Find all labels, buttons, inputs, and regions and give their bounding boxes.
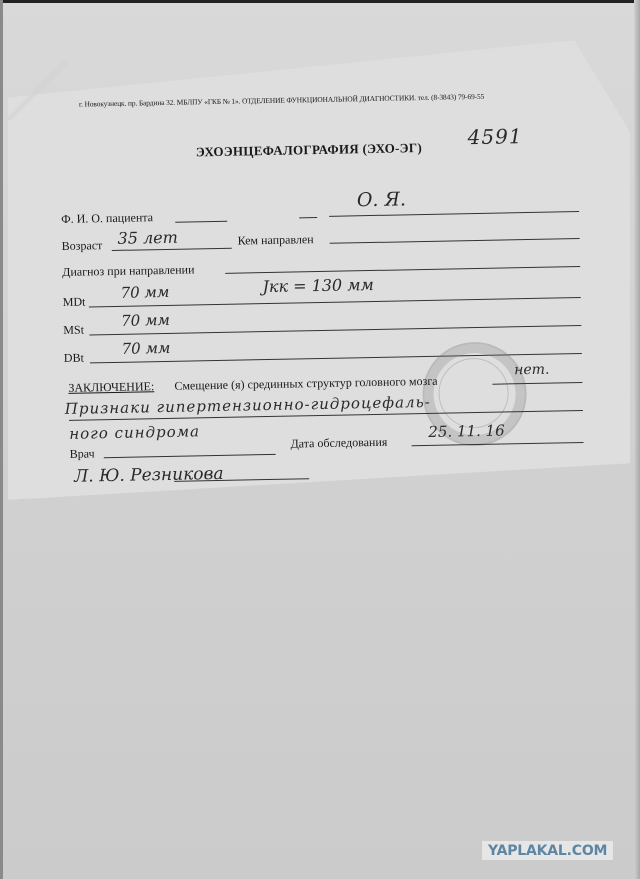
date-underline xyxy=(412,442,584,446)
patient-underline-1 xyxy=(175,221,227,223)
age-label: Возраст xyxy=(62,238,103,254)
official-stamp-inner xyxy=(438,357,509,428)
patient-label: Ф. И. О. пациента xyxy=(61,210,153,227)
dbt-value: 70 мм xyxy=(121,339,170,358)
age-underline xyxy=(112,248,232,251)
referred-by-label: Кем направлен xyxy=(237,232,313,248)
patient-value: О. Я. xyxy=(357,188,406,211)
conclusion-line3: ного синдрома xyxy=(69,422,200,443)
diagnosis-underline xyxy=(225,266,580,274)
mst-label: MSt xyxy=(63,323,84,338)
document-form: г. Новокузнецк. пр. Бардина 32. МБЛПУ «Г… xyxy=(0,0,640,506)
registration-number: 4591 xyxy=(467,124,522,149)
patient-underline-2 xyxy=(329,211,579,217)
site-watermark: YAPLAKAL.COM xyxy=(482,841,613,860)
institution-header: г. Новокузнецк. пр. Бардина 32. МБЛПУ «Г… xyxy=(79,90,559,108)
mdt-value: 70 мм xyxy=(120,283,169,302)
conclusion-value: нет. xyxy=(514,362,550,379)
patient-underline-dash xyxy=(299,217,317,218)
date-label: Дата обследования xyxy=(290,435,387,452)
mst-value: 70 мм xyxy=(121,311,170,330)
doctor-signature: Л. Ю. Резникова xyxy=(74,464,224,487)
conclusion-label: ЗАКЛЮЧЕНИЕ: xyxy=(68,379,154,396)
conclusion-text: Смещение (я) срединных структур головног… xyxy=(174,374,437,394)
dbt-label: DBt xyxy=(64,351,84,366)
mdt-label: MDt xyxy=(63,295,86,310)
mdt-extra: Jкк = 130 мм xyxy=(262,275,374,296)
referred-by-underline xyxy=(330,238,580,244)
doctor-label: Врач xyxy=(70,446,95,461)
date-value: 25. 11. 16 xyxy=(428,421,505,440)
document-title: ЭХОЭНЦЕФАЛОГРАФИЯ (ЭХО-ЭГ) xyxy=(196,140,422,160)
diagnosis-label: Диагноз при направлении xyxy=(62,262,195,280)
doctor-underline xyxy=(104,454,276,458)
age-value: 35 лет xyxy=(117,228,178,248)
